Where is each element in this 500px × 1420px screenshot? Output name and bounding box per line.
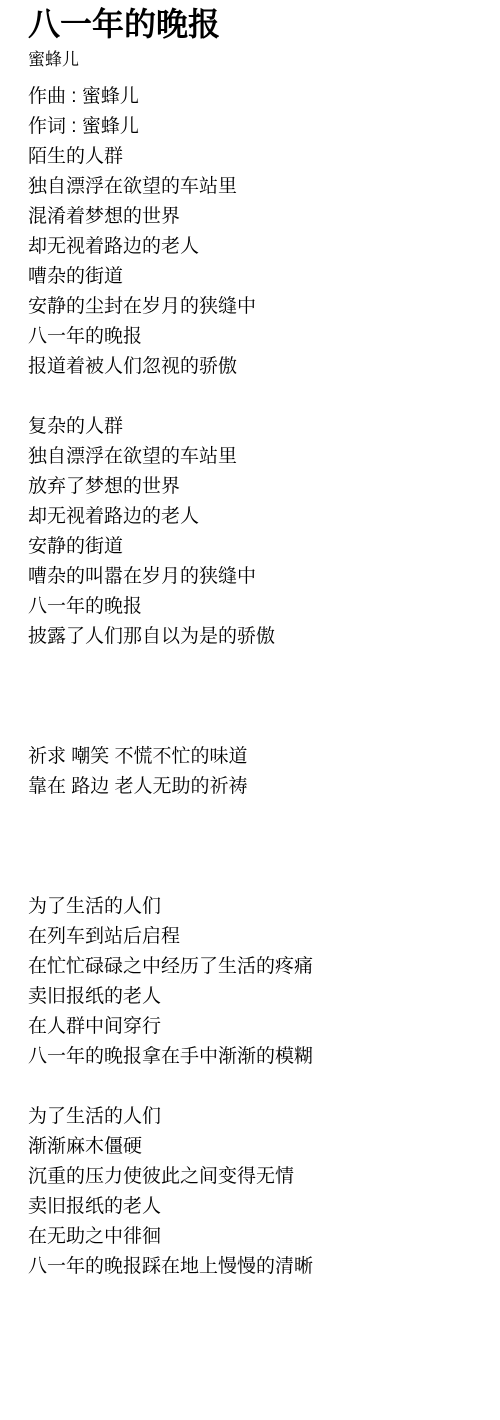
lyric-line: [28, 652, 480, 682]
lyric-line: 安静的尘封在岁月的狭缝中: [28, 292, 480, 322]
lyric-line: 八一年的晚报踩在地上慢慢的清晰: [28, 1252, 480, 1282]
lyric-line: 卖旧报纸的老人: [28, 982, 480, 1012]
lyric-line: 放弃了梦想的世界: [28, 472, 480, 502]
lyric-line: 八一年的晚报: [28, 322, 480, 352]
lyric-line: 作词 : 蜜蜂儿: [28, 112, 480, 142]
lyric-line: 独自漂浮在欲望的车站里: [28, 442, 480, 472]
lyric-line: 八一年的晚报拿在手中渐渐的模糊: [28, 1042, 480, 1072]
lyric-line: 渐渐麻木僵硬: [28, 1132, 480, 1162]
lyric-line: 却无视着路边的老人: [28, 502, 480, 532]
lyric-line: [28, 1072, 480, 1102]
lyric-line: [28, 832, 480, 862]
lyric-line: 沉重的压力使彼此之间变得无情: [28, 1162, 480, 1192]
lyric-line: 在列车到站后启程: [28, 922, 480, 952]
lyric-line: 为了生活的人们: [28, 1102, 480, 1132]
lyric-line: [28, 682, 480, 712]
lyric-line: 八一年的晚报: [28, 592, 480, 622]
lyric-line: 作曲 : 蜜蜂儿: [28, 82, 480, 112]
lyric-line: [28, 382, 480, 412]
lyric-line: 却无视着路边的老人: [28, 232, 480, 262]
lyric-line: 靠在 路边 老人无助的祈祷: [28, 772, 480, 802]
lyric-line: 为了生活的人们: [28, 892, 480, 922]
lyric-line: 安静的街道: [28, 532, 480, 562]
lyric-line: 陌生的人群: [28, 142, 480, 172]
lyric-line: 复杂的人群: [28, 412, 480, 442]
lyric-line: 在人群中间穿行: [28, 1012, 480, 1042]
lyric-line: 在忙忙碌碌之中经历了生活的疼痛: [28, 952, 480, 982]
lyric-line: 嘈杂的叫嚣在岁月的狭缝中: [28, 562, 480, 592]
lyric-line: [28, 862, 480, 892]
lyric-line: [28, 712, 480, 742]
lyric-line: 卖旧报纸的老人: [28, 1192, 480, 1222]
lyrics-block: 作曲 : 蜜蜂儿作词 : 蜜蜂儿陌生的人群独自漂浮在欲望的车站里混淆着梦想的世界…: [28, 82, 480, 1282]
lyric-line: 混淆着梦想的世界: [28, 202, 480, 232]
lyrics-page: 八一年的晚报 蜜蜂儿 作曲 : 蜜蜂儿作词 : 蜜蜂儿陌生的人群独自漂浮在欲望的…: [0, 3, 500, 1282]
lyric-line: 祈求 嘲笑 不慌不忙的味道: [28, 742, 480, 772]
lyric-line: 嘈杂的街道: [28, 262, 480, 292]
lyric-line: 报道着被人们忽视的骄傲: [28, 352, 480, 382]
page-title: 八一年的晚报: [28, 3, 480, 46]
lyric-line: 在无助之中徘徊: [28, 1222, 480, 1252]
lyric-line: 披露了人们那自以为是的骄傲: [28, 622, 480, 652]
lyric-line: [28, 802, 480, 832]
artist-name: 蜜蜂儿: [28, 48, 480, 72]
lyric-line: 独自漂浮在欲望的车站里: [28, 172, 480, 202]
